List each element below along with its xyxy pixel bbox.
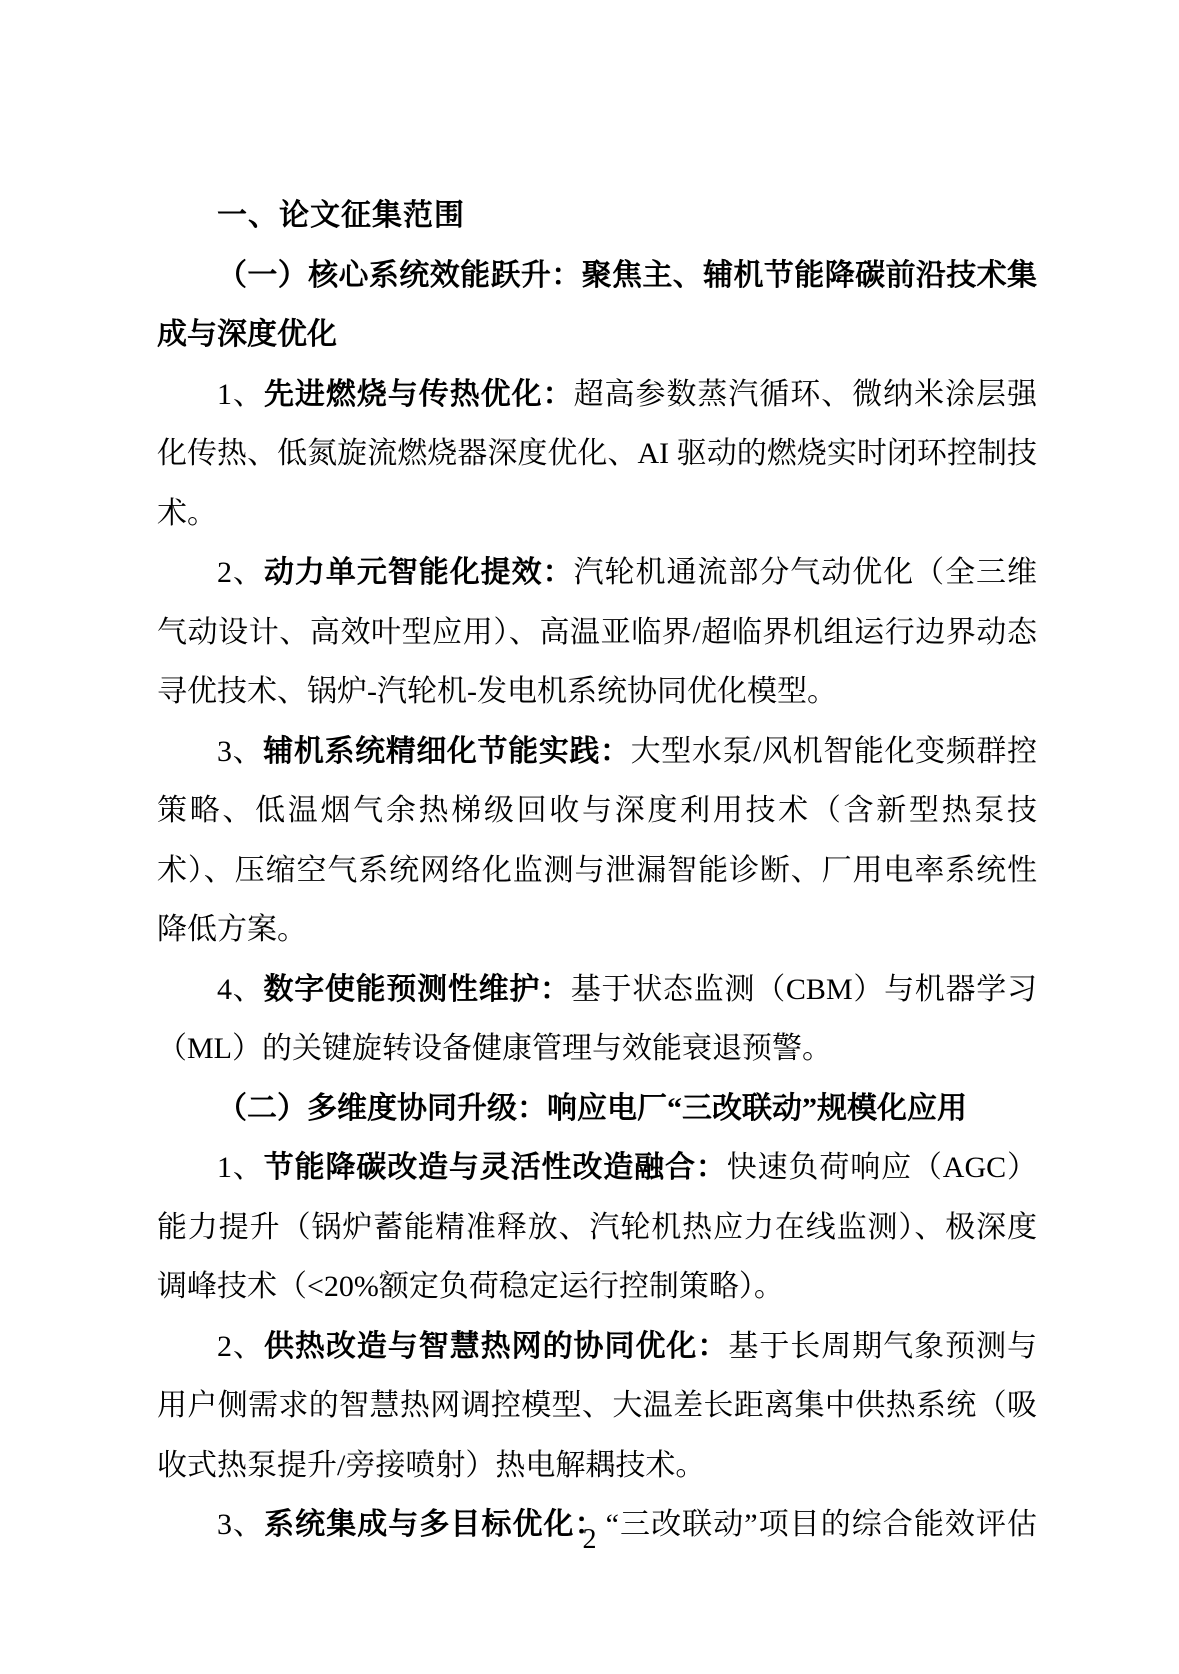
list-item-5: 1、节能降碳改造与灵活性改造融合：快速负荷响应（AGC）能力提升（锅炉蓄能精准释… <box>157 1138 1037 1317</box>
list-item-2: 2、动力单元智能化提效：汽轮机通流部分气动优化（全三维气动设计、高效叶型应用）、… <box>157 543 1037 722</box>
item-title: 先进燃烧与传热优化： <box>264 378 574 411</box>
list-item-1: 1、先进燃烧与传热优化：超高参数蒸汽循环、微纳米涂层强化传热、低氮旋流燃烧器深度… <box>157 365 1037 544</box>
item-number: 4、 <box>217 973 263 1006</box>
item-number: 2、 <box>217 1330 264 1363</box>
document-page: 一、论文征集范围 （一）核心系统效能跃升：聚焦主、辅机节能降碳前沿技术集成与深度… <box>0 0 1179 1674</box>
item-title: 动力单元智能化提效： <box>264 556 574 589</box>
item-title: 辅机系统精细化节能实践： <box>263 735 630 768</box>
subsection-heading-1: （一）核心系统效能跃升：聚焦主、辅机节能降碳前沿技术集成与深度优化 <box>157 246 1037 365</box>
list-item-3: 3、辅机系统精细化节能实践：大型水泵/风机智能化变频群控策略、低温烟气余热梯级回… <box>157 722 1037 960</box>
list-item-6: 2、供热改造与智慧热网的协同优化：基于长周期气象预测与用户侧需求的智慧热网调控模… <box>157 1317 1037 1496</box>
item-number: 3、 <box>217 735 263 768</box>
item-number: 2、 <box>217 556 264 589</box>
document-body: 一、论文征集范围 （一）核心系统效能跃升：聚焦主、辅机节能降碳前沿技术集成与深度… <box>157 186 1037 1555</box>
page-number: 2 <box>0 1524 1179 1556</box>
subsection-heading-2: （二）多维度协同升级：响应电厂“三改联动”规模化应用 <box>157 1079 1037 1139</box>
item-number: 1、 <box>217 378 264 411</box>
item-number: 1、 <box>217 1151 264 1184</box>
section-heading: 一、论文征集范围 <box>157 186 1037 246</box>
item-title: 节能降碳改造与灵活性改造融合： <box>264 1151 727 1184</box>
list-item-4: 4、数字使能预测性维护：基于状态监测（CBM）与机器学习（ML）的关键旋转设备健… <box>157 960 1037 1079</box>
item-title: 数字使能预测性维护： <box>263 973 570 1006</box>
item-title: 供热改造与智慧热网的协同优化： <box>264 1330 728 1363</box>
